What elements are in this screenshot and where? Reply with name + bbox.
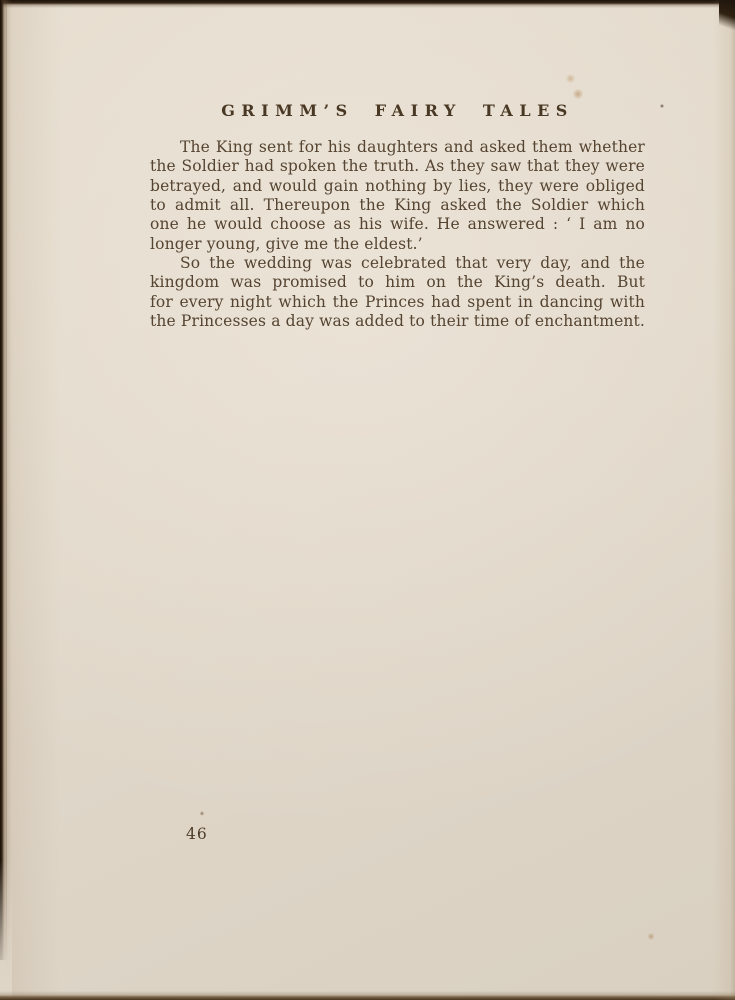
scan-edge-left-fade: [0, 860, 12, 1000]
text-line: So the wedding was celebrated that very …: [150, 254, 645, 273]
ink-speck: [648, 932, 654, 941]
paragraph-2: So the wedding was celebrated that very …: [150, 254, 645, 331]
page-header: GRIMM’S FAIRY TALES: [150, 101, 645, 121]
scan-edge-bottom: [0, 991, 735, 1000]
text-line: The King sent for his daughters and aske…: [150, 138, 645, 157]
foxing-stain: [565, 74, 576, 83]
scan-corner-top-right: [719, 0, 735, 34]
text-line: betrayed, and would gain nothing by lies…: [150, 177, 645, 196]
text-line: for every night which the Princes had sp…: [150, 293, 645, 312]
scan-edge-left: [0, 0, 12, 960]
paragraph-1: The King sent for his daughters and aske…: [150, 138, 645, 254]
book-page-scan: GRIMM’S FAIRY TALES The King sent for hi…: [0, 0, 735, 1000]
scan-edge-right: [713, 0, 735, 1000]
ink-speck: [660, 104, 664, 108]
text-line: kingdom was promised to him on the King’…: [150, 273, 645, 292]
text-line: to admit all. Thereupon the King asked t…: [150, 196, 645, 215]
page-number: 46: [186, 825, 208, 843]
scan-edge-top: [0, 0, 735, 8]
text-line: the Princesses a day was added to their …: [150, 312, 645, 331]
text-block: GRIMM’S FAIRY TALES The King sent for hi…: [150, 101, 645, 331]
ink-speck: [200, 811, 204, 816]
text-line: one he would choose as his wife. He answ…: [150, 215, 645, 234]
left-page-crease: [6, 0, 7, 1000]
text-line: longer young, give me the eldest.’: [150, 235, 645, 254]
text-line: the Soldier had spoken the truth. As the…: [150, 157, 645, 176]
left-gutter-shade: [0, 0, 60, 1000]
foxing-stain: [572, 89, 584, 99]
